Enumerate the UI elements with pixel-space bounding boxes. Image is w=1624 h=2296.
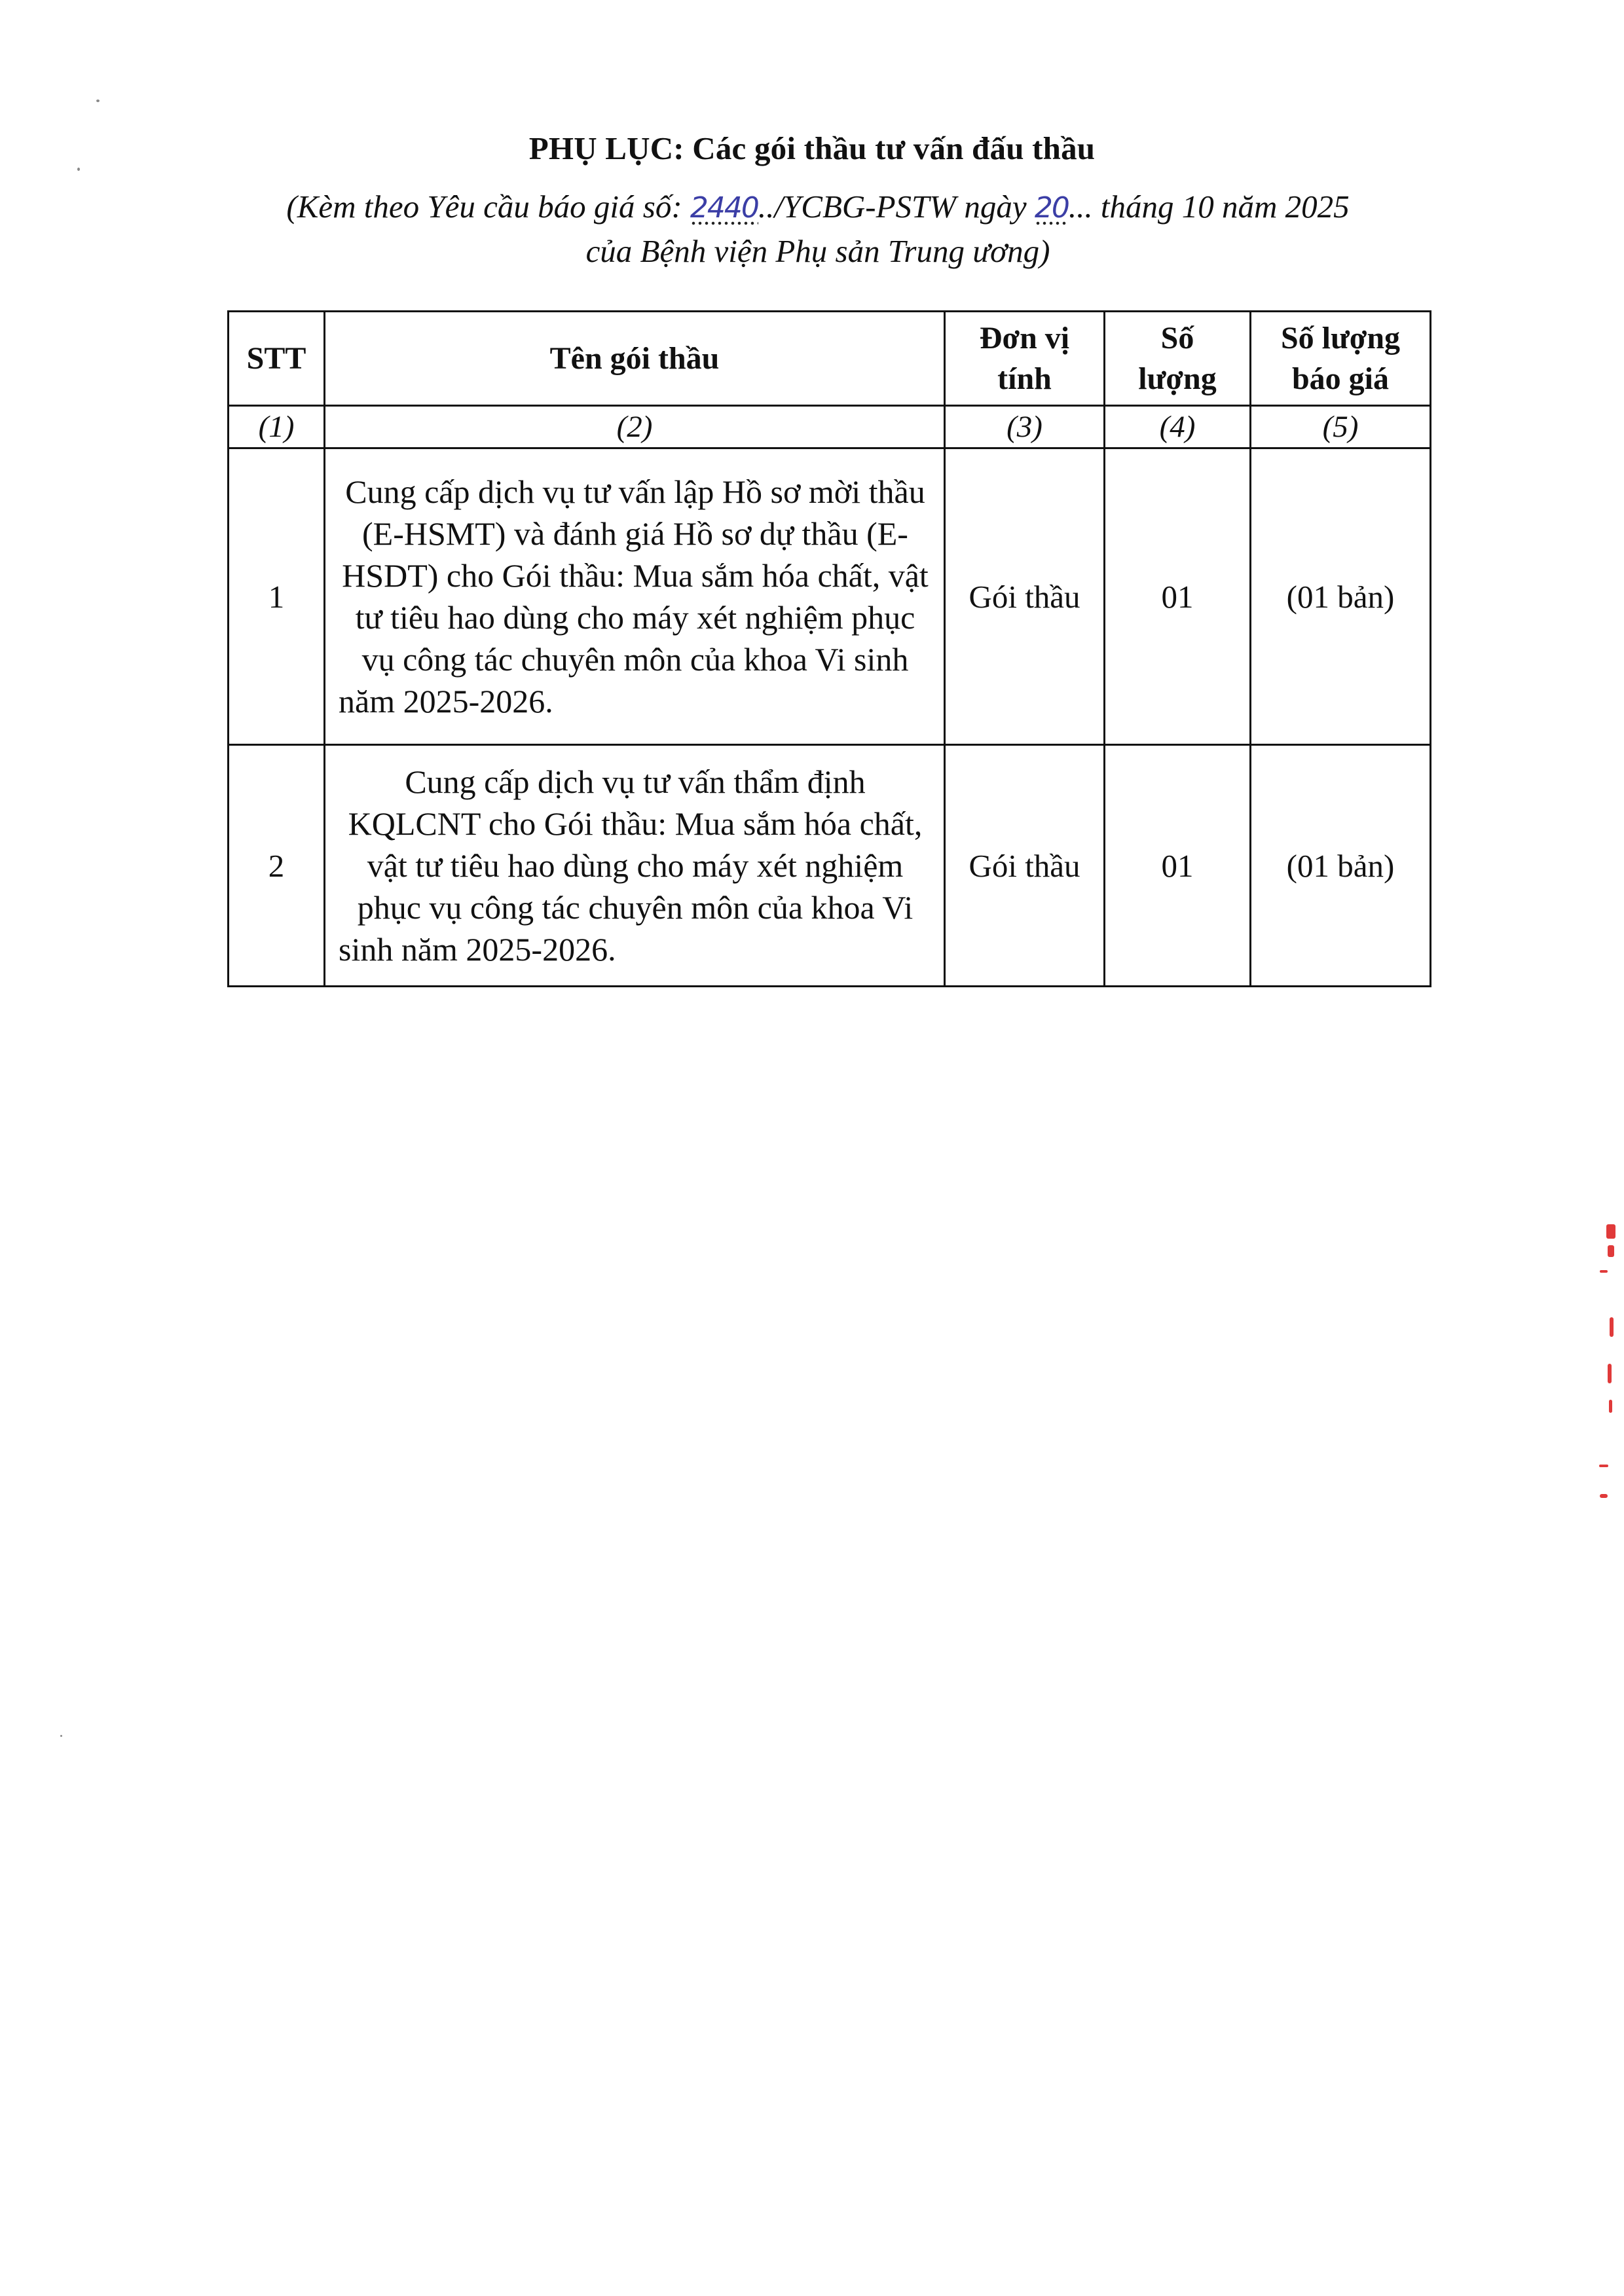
handwritten-day: 20 <box>1035 191 1069 226</box>
column-number: (1) <box>229 406 325 448</box>
reference-line-1: (Kèm theo Yêu cầu báo giá số: 2440../YCB… <box>12 185 1624 230</box>
page-title: PHỤ LỤC: Các gói thầu tư vấn đấu thầu <box>0 130 1624 167</box>
header-qty: Sốlượng <box>1105 312 1251 406</box>
cell-package-name: Cung cấp dịch vụ tư vấn lập Hồ sơ mời th… <box>325 448 945 745</box>
document-reference: (Kèm theo Yêu cầu báo giá số: 2440../YCB… <box>0 185 1624 273</box>
header-stt: STT <box>229 312 325 406</box>
cell-unit: Gói thầu <box>945 448 1105 745</box>
cell-qty: 01 <box>1105 448 1251 745</box>
reference-line-2: của Bệnh viện Phụ sản Trung ương) <box>12 230 1624 273</box>
cell-quote-qty: (01 bản) <box>1251 745 1431 987</box>
reference-date-suffix: ... tháng 10 năm 2025 <box>1069 189 1350 225</box>
cell-stt: 2 <box>229 745 325 987</box>
table-header-row: STT Tên gói thầu Đơn vịtính Sốlượng Số l… <box>229 312 1431 406</box>
cell-qty: 01 <box>1105 745 1251 987</box>
cell-quote-qty: (01 bản) <box>1251 448 1431 745</box>
cell-package-name: Cung cấp dịch vụ tư vấn thẩm định KQLCNT… <box>325 745 945 987</box>
column-number-row: (1) (2) (3) (4) (5) <box>229 406 1431 448</box>
column-number: (2) <box>325 406 945 448</box>
reference-prefix: (Kèm theo Yêu cầu báo giá số: <box>286 189 690 225</box>
table-row: 2 Cung cấp dịch vụ tư vấn thẩm định KQLC… <box>229 745 1431 987</box>
reference-number-suffix: ../YCBG-PSTW ngày <box>758 189 1035 225</box>
header-unit: Đơn vịtính <box>945 312 1105 406</box>
column-number: (4) <box>1105 406 1251 448</box>
column-number: (5) <box>1251 406 1431 448</box>
column-number: (3) <box>945 406 1105 448</box>
cell-unit: Gói thầu <box>945 745 1105 987</box>
header-quote-qty: Số lượngbáo giá <box>1251 312 1431 406</box>
cell-stt: 1 <box>229 448 325 745</box>
handwritten-number: 2440 <box>690 191 758 226</box>
bid-packages-table: STT Tên gói thầu Đơn vịtính Sốlượng Số l… <box>227 310 1431 987</box>
header-name: Tên gói thầu <box>325 312 945 406</box>
table-row: 1 Cung cấp dịch vụ tư vấn lập Hồ sơ mời … <box>229 448 1431 745</box>
